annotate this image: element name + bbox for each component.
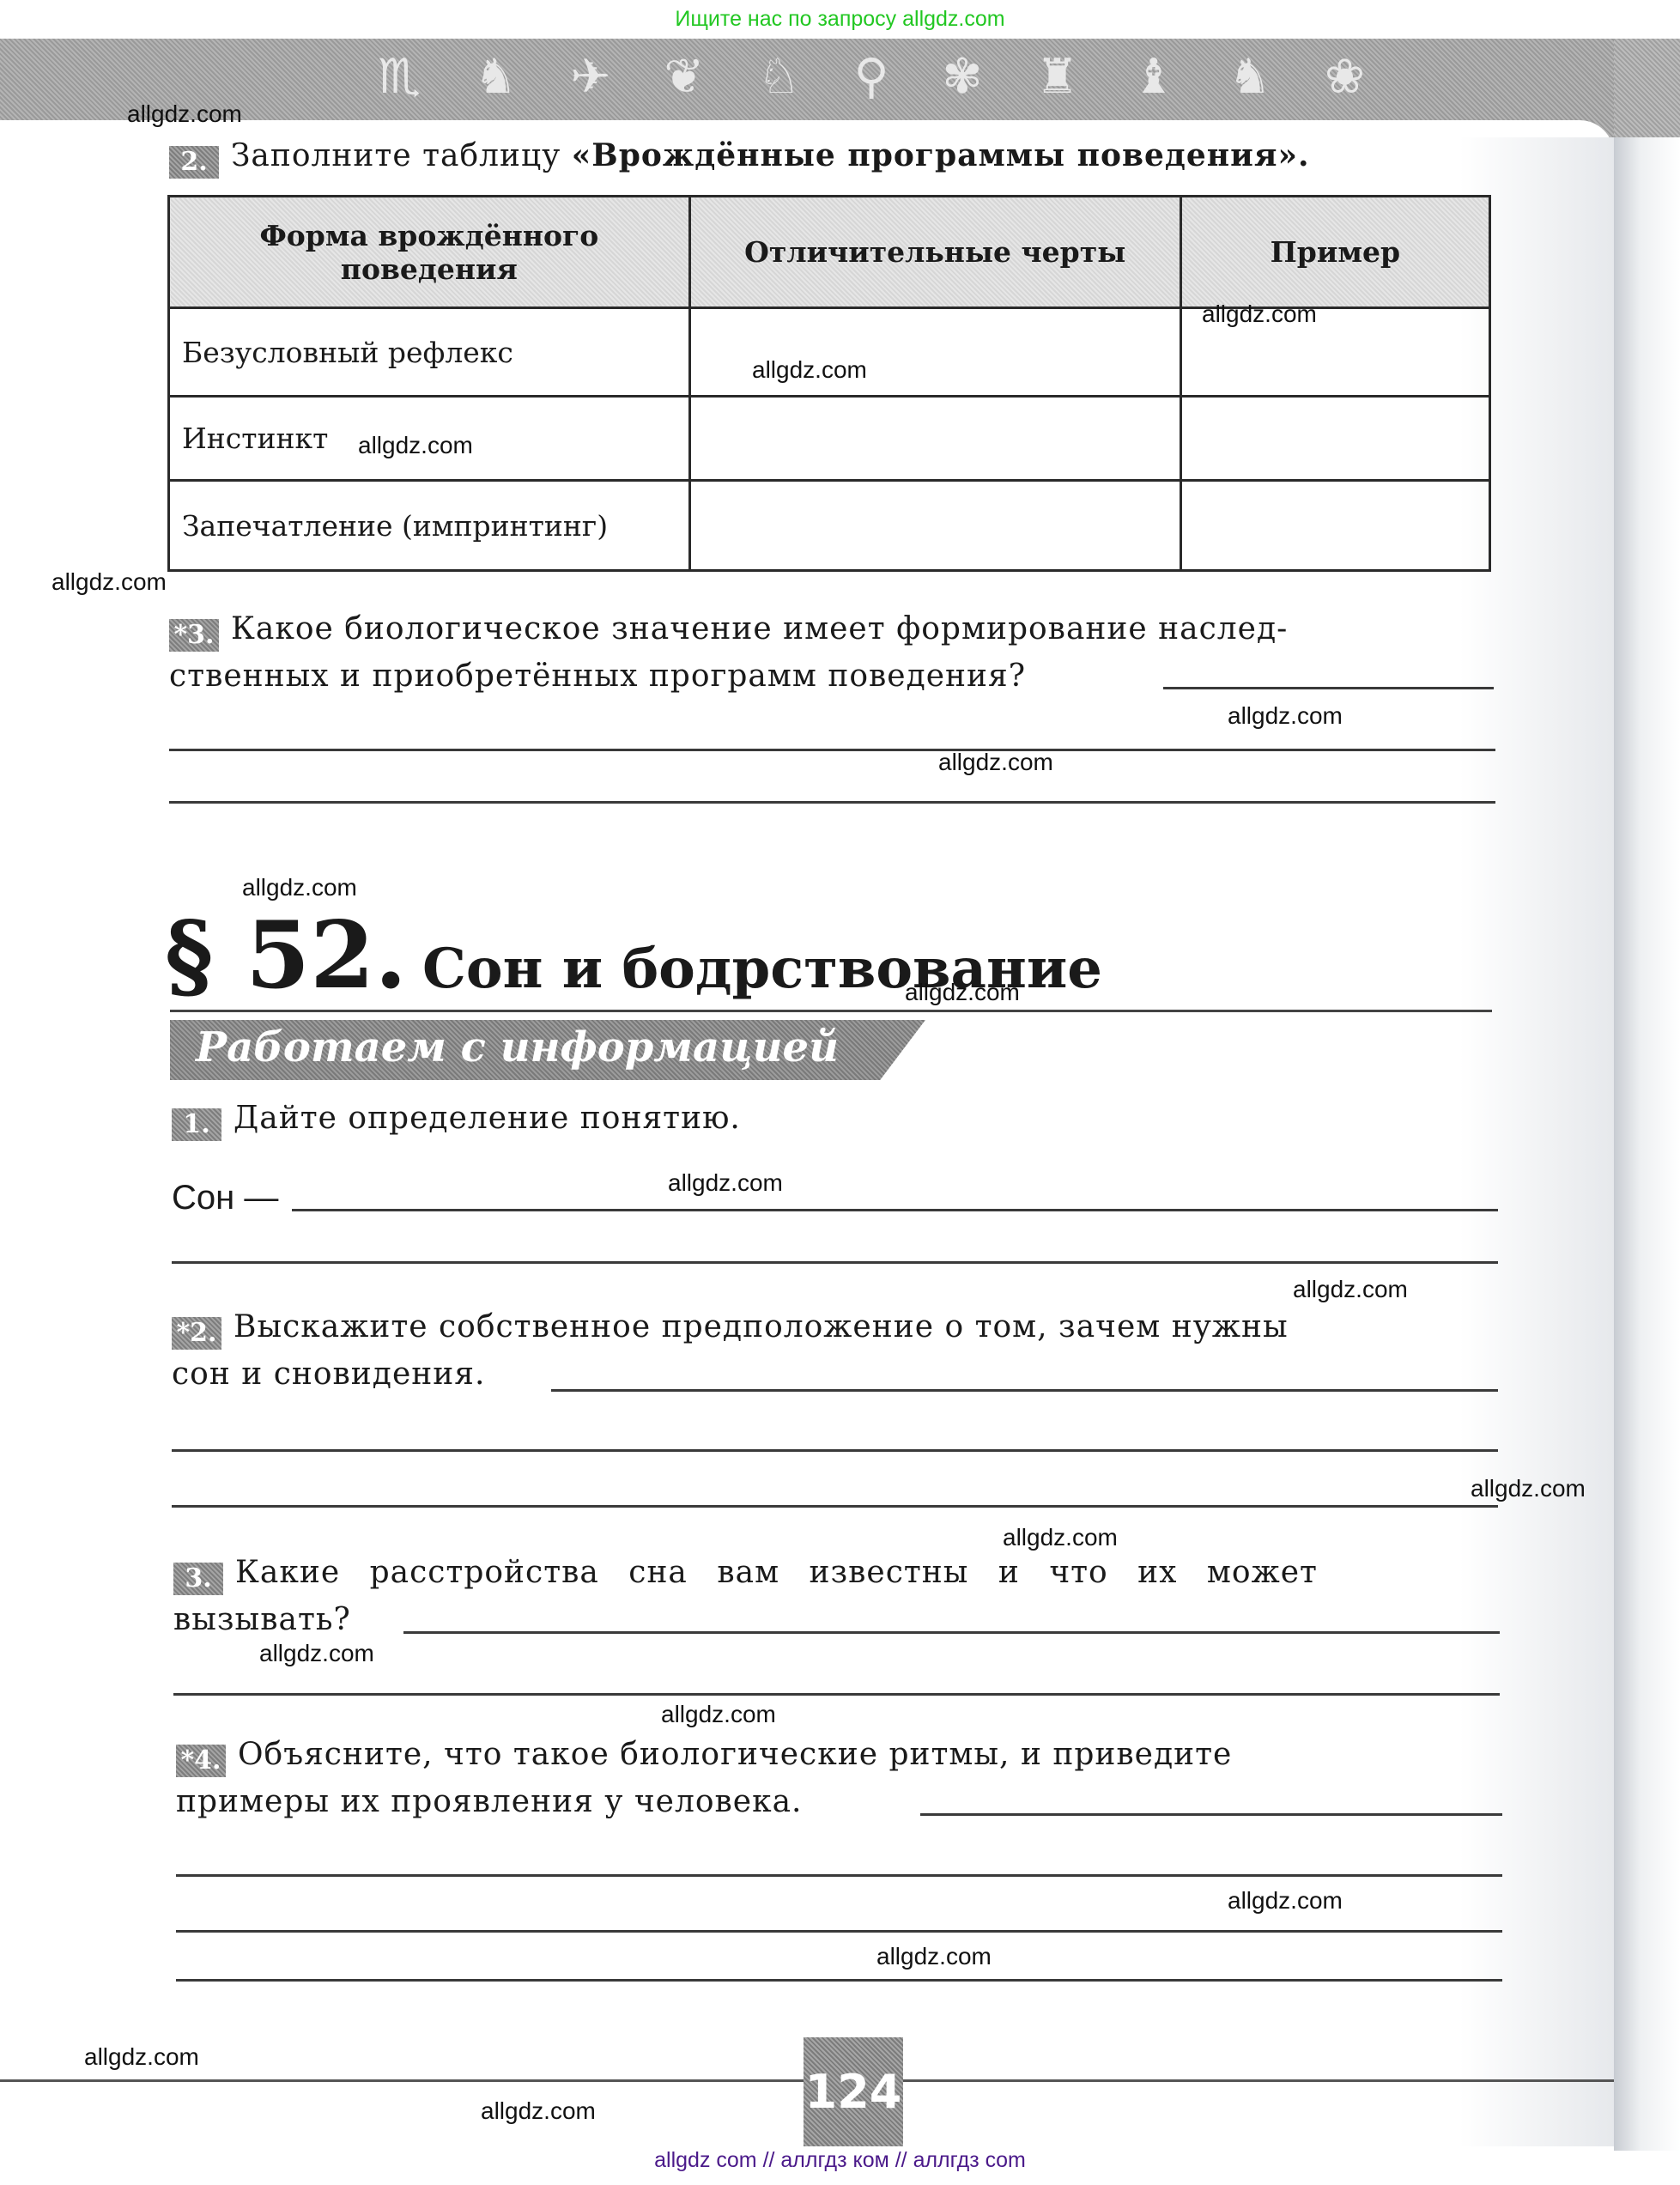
answer-line[interactable] xyxy=(403,1631,1500,1634)
task-4-question: *4.Объясните, что такое биологические ри… xyxy=(176,1737,1502,1819)
term-label: Сон — xyxy=(172,1179,278,1217)
antelope-icon: ♞ xyxy=(1228,49,1271,105)
answer-line[interactable] xyxy=(1163,687,1494,689)
band-label: Работаем с информацией xyxy=(196,1023,839,1071)
watermark: allgdz.com xyxy=(127,100,242,128)
column-header-features: Отличительные черты xyxy=(689,197,1180,308)
working-with-info-band: Работаем с информацией xyxy=(170,1020,925,1080)
answer-line[interactable] xyxy=(172,1505,1498,1508)
question-line-1: Какие расстройства сна вам известны и чт… xyxy=(235,1555,1318,1590)
row-label: Безусловный рефлекс xyxy=(169,308,690,397)
fish-icon: ❦ xyxy=(664,49,704,105)
section-rule xyxy=(170,1010,1492,1012)
answer-line[interactable] xyxy=(176,1874,1502,1877)
watermark: allgdz.com xyxy=(661,1701,776,1728)
task-number-badge: 3. xyxy=(173,1563,223,1595)
watermark: allgdz.com xyxy=(1471,1475,1586,1502)
watermark: allgdz.com xyxy=(1202,300,1317,328)
animal-silhouettes: ♏ ♞ ✈ ❦ ♘ ⚲ ✾ ♜ ♝ ♞ ❀ xyxy=(378,49,1365,105)
answer-line[interactable] xyxy=(173,1693,1500,1696)
task-number-badge: 1. xyxy=(172,1108,221,1141)
watermark: allgdz.com xyxy=(668,1169,783,1197)
task-number-badge: 2. xyxy=(169,146,219,179)
task-number-badge: *4. xyxy=(176,1745,226,1777)
column-header-example: Пример xyxy=(1180,197,1489,308)
watermark: allgdz.com xyxy=(938,749,1053,776)
task-1-heading: 1.Дайте определение понятию. xyxy=(172,1101,741,1141)
ostrich-icon: ♝ xyxy=(1132,49,1175,105)
answer-line[interactable] xyxy=(169,749,1495,751)
watermark: allgdz.com xyxy=(1003,1524,1118,1551)
features-cell[interactable] xyxy=(689,397,1180,481)
section-number: § 52. xyxy=(165,901,407,1010)
features-cell[interactable] xyxy=(689,481,1180,571)
goat-icon: ♘ xyxy=(757,49,800,105)
insect-icon: ✾ xyxy=(942,49,982,105)
watermark: allgdz.com xyxy=(1293,1276,1408,1303)
definition-answer-line[interactable] xyxy=(292,1209,1498,1211)
question-line-1: Выскажите собственное предположение о то… xyxy=(234,1309,1289,1344)
answer-line[interactable] xyxy=(551,1389,1498,1392)
watermark: allgdz.com xyxy=(876,1943,992,1970)
answer-line[interactable] xyxy=(920,1813,1502,1816)
scorpion-icon: ♏ xyxy=(378,49,421,105)
column-header-form: Форма врождённого поведения xyxy=(169,197,690,308)
question-line-1: Объясните, что такое биологические ритмы… xyxy=(238,1737,1232,1772)
top-promo-banner: Ищите нас по запросу allgdz.com xyxy=(0,7,1680,32)
question-line-1: Какое биологическое значение имеет форми… xyxy=(231,611,1288,646)
watermark: allgdz.com xyxy=(1228,1887,1343,1915)
question-line-2: сон и сновидения. xyxy=(172,1357,485,1392)
question-line-2: вызывать? xyxy=(173,1602,351,1637)
task-1-text: Дайте определение понятию. xyxy=(234,1101,741,1136)
watermark: allgdz.com xyxy=(84,2043,199,2071)
example-cell[interactable] xyxy=(1180,397,1489,481)
decorative-header-band: ♏ ♞ ✈ ❦ ♘ ⚲ ✾ ♜ ♝ ♞ ❀ xyxy=(0,39,1614,137)
answer-line[interactable] xyxy=(176,1979,1502,1982)
task-2-text: Заполните таблицу xyxy=(231,138,572,173)
answer-line[interactable] xyxy=(172,1449,1498,1452)
bottom-promo-banner: allgdz com // аллгдз ком // аллгдз com xyxy=(0,2148,1680,2173)
answer-line[interactable] xyxy=(176,1930,1502,1933)
watermark: allgdz.com xyxy=(752,356,867,384)
next-page-band xyxy=(1614,39,1680,137)
question-line-2: примеры их проявления у человека. xyxy=(176,1784,802,1819)
horse-icon: ♞ xyxy=(474,49,517,105)
watermark: allgdz.com xyxy=(1228,702,1343,730)
task-2b-question: *2.Выскажите собственное предположение о… xyxy=(172,1309,1498,1392)
question-line-2: ственных и приобретённых программ поведе… xyxy=(169,659,1026,694)
table-row: Запечатление (импринтинг) xyxy=(169,481,1490,571)
bird-icon: ✈ xyxy=(570,49,610,105)
watermark: allgdz.com xyxy=(242,874,357,901)
task-3b-question: 3.Какие расстройства сна вам известны и … xyxy=(173,1555,1500,1637)
answer-line[interactable] xyxy=(172,1261,1498,1264)
task-2-table-title: «Врождённые программы поведения». xyxy=(572,137,1310,173)
watermark: allgdz.com xyxy=(358,432,473,459)
heron-icon: ⚲ xyxy=(853,49,889,105)
book-spine xyxy=(1614,39,1680,2151)
task-number-badge: *3. xyxy=(169,619,219,652)
watermark: allgdz.com xyxy=(481,2097,596,2125)
task-2-heading: 2.Заполните таблицу «Врождённые программ… xyxy=(169,137,1309,179)
answer-line[interactable] xyxy=(169,801,1495,804)
butterfly-icon: ❀ xyxy=(1325,49,1365,105)
table-header-row: Форма врождённого поведения Отличительны… xyxy=(169,197,1490,308)
page-number: 124 xyxy=(804,2037,903,2146)
watermark: allgdz.com xyxy=(259,1640,374,1667)
boar-icon: ♜ xyxy=(1035,49,1078,105)
watermark: allgdz.com xyxy=(905,979,1020,1006)
watermark: allgdz.com xyxy=(52,568,167,596)
task-3a-question: *3.Какое биологическое значение имеет фо… xyxy=(169,611,1495,694)
task-number-badge: *2. xyxy=(172,1317,221,1350)
row-label: Запечатление (импринтинг) xyxy=(169,481,690,571)
example-cell[interactable] xyxy=(1180,481,1489,571)
